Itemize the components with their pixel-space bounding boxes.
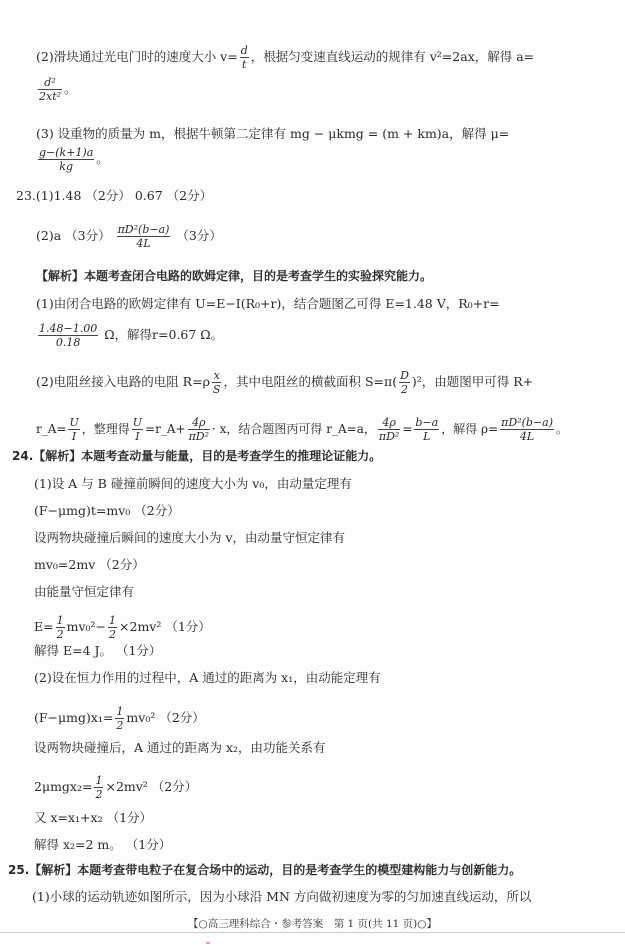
q24-heading: 24.【解析】本题考查动量与能量，目的是考查学生的推理论证能力。 [12,448,381,464]
page-footer: 【○高三理科综合・参考答案 第 1 页(共 11 页)○】 [0,916,625,931]
fraction: g−(k+1)akg [38,146,94,173]
q25-line: (1)小球的运动轨迹如图所示，因为小球沿 MN 方向做初速度为零的匀加速直线运动… [32,889,531,905]
text: (2)滑块通过光电门时的速度大小 v= [36,49,238,64]
q23-p1-line2: 1.48−1.000.18 Ω，解得r=0.67 Ω。 [36,322,223,349]
q22-part2-line2: d²2xt²。 [36,76,77,103]
fraction: πD²(b−a)4L [500,416,554,443]
fraction: dt [240,44,249,71]
q22-part3-line1: (3) 设重物的质量为 m，根据牛顿第二定律有 mg − μkmg = (m +… [36,126,509,142]
document-page: (2)滑块通过光电门时的速度大小 v=dt，根据匀变速直线运动的规律有 v²=2… [0,0,625,932]
q24-line: 解得 x₂=2 m。 （1分） [34,837,171,853]
fraction: D2 [399,369,410,396]
q24-line: 由能量守恒定律有 [34,584,134,600]
q23-answer1: 23.(1)1.48 （2分） 0.67 （2分） [16,188,212,204]
q24-line: (1)设 A 与 B 碰撞前瞬间的速度大小为 v₀，由动量定理有 [34,476,352,492]
text: ，根据匀变速直线运动的规律有 v²=2ax，解得 a= [251,49,534,64]
q24-work-energy-equation: (F−μmg)x₁=12mv₀² （2分） [34,705,205,732]
q23-answer2: (2)a （3分） πD²(b−a)4L （3分） [36,223,222,250]
q23-analysis-heading: 【解析】本题考查闭合电路的欧姆定律，目的是考查学生的实验探究能力。 [36,268,432,284]
fraction: 12 [115,705,124,732]
q24-line: 设两物块碰撞后瞬间的速度大小为 v，由动量守恒定律有 [34,530,345,546]
fraction: xS [212,369,222,396]
q24-energy-equation: E=12mv₀²−12×2mv² （1分） [34,614,211,641]
fraction: 12 [56,614,65,641]
q24-line: mv₀=2mv （2分） [34,557,145,573]
fraction: 12 [94,774,103,801]
fraction: UI [132,416,143,443]
q22-part3-line2: g−(k+1)akg。 [36,146,109,173]
q24-line: 设两物块碰撞后，A 通过的距离为 x₂，由功能关系有 [34,740,326,756]
q24-line: (2)设在恒力作用的过程中，A 通过的距离为 x₁，由动能定理有 [34,670,381,686]
cursor-mark [206,942,210,944]
q24-line: 解得 E=4 J。 （1分） [34,643,161,659]
fraction: d²2xt² [38,76,62,103]
q24-line: 又 x=x₁+x₂ （1分） [34,810,152,826]
q24-friction-equation: 2μmgx₂=12×2mv² （2分） [34,774,197,801]
fraction: 12 [108,614,117,641]
q23-p1-line1: (1)由闭合电路的欧姆定律有 U=E−I(R₀+r)，结合题图乙可得 E=1.4… [36,296,500,312]
q23-p2-line2: r_A=UI，整理得UI=r_A+4ρπD²· x，结合题图丙可得 r_A=a，… [36,416,568,443]
bottom-bar [0,932,625,949]
q24-line: (F−μmg)t=mv₀ （2分） [34,503,180,519]
q25-heading: 25.【解析】本题考查带电粒子在复合场中的运动，目的是考查学生的模型建构能力与创… [8,862,521,878]
fraction: 1.48−1.000.18 [38,322,98,349]
q22-part2-line1: (2)滑块通过光电门时的速度大小 v=dt，根据匀变速直线运动的规律有 v²=2… [36,44,534,71]
fraction: 4ρπD² [378,416,400,443]
fraction: πD²(b−a)4L [117,223,171,250]
q23-p2-line1: (2)电阻丝接入电路的电阻 R=ρxS，其中电阻丝的横截面积 S=π(D2)²，… [36,369,533,396]
fraction: b−aL [414,416,439,443]
fraction: 4ρπD² [188,416,210,443]
fraction: UI [68,416,79,443]
